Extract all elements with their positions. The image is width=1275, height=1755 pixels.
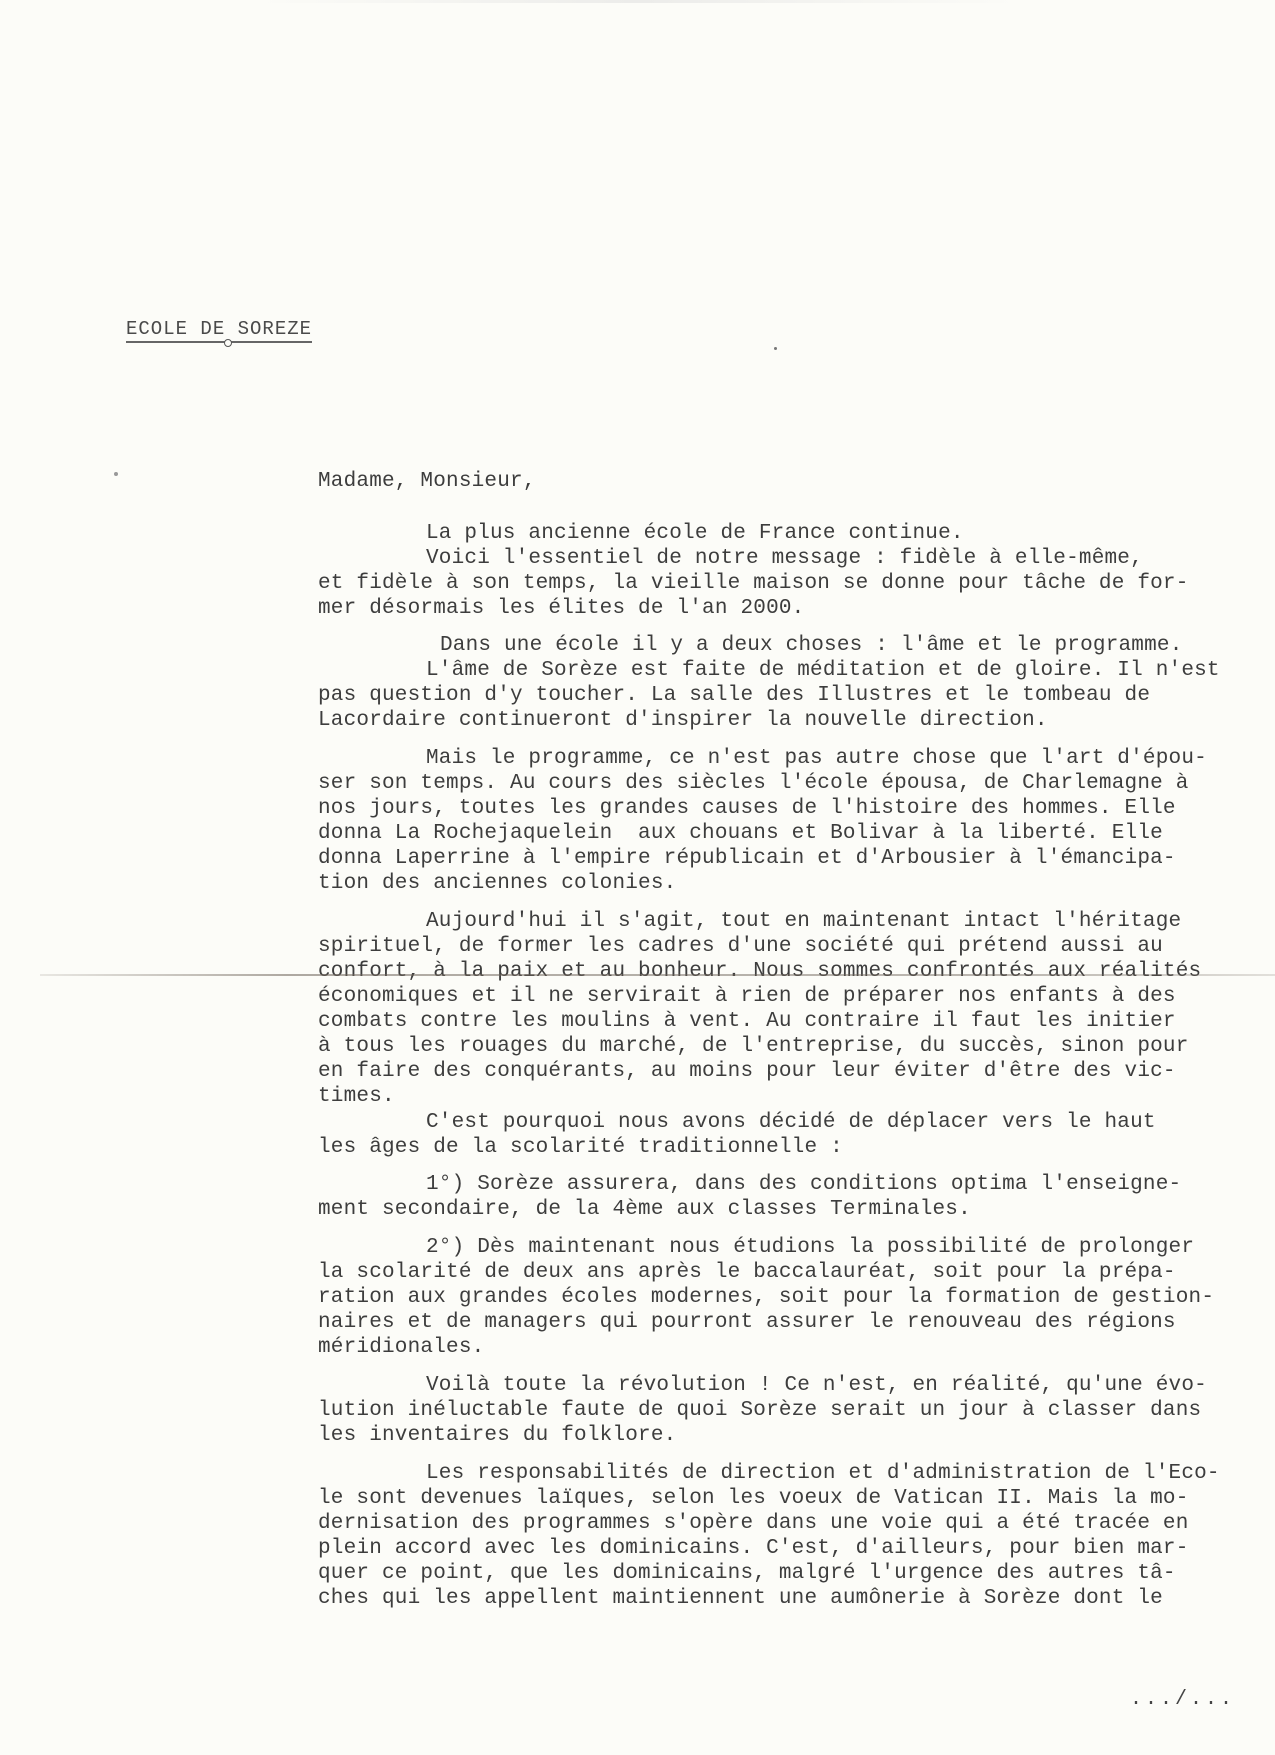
- text-line: à tous les rouages du marché, de l'entre…: [318, 1034, 1189, 1059]
- text-line: donna Laperrine à l'empire républicain e…: [318, 846, 1176, 871]
- paper-speck: [774, 347, 777, 350]
- text-line: lution inéluctable faute de quoi Sorèze …: [318, 1398, 1201, 1423]
- text-line: tion des anciennes colonies.: [318, 871, 676, 896]
- text-line: la scolarité de deux ans après le baccal…: [318, 1260, 1176, 1285]
- text-line: confort, à la paix et au bonheur. Nous s…: [318, 959, 1201, 984]
- text-line: ser son temps. Au cours des siècles l'éc…: [318, 771, 1189, 796]
- text-line: quer ce point, que les dominicains, malg…: [318, 1561, 1176, 1586]
- text-line: les âges de la scolarité traditionnelle …: [318, 1135, 843, 1160]
- text-line: C'est pourquoi nous avons décidé de dépl…: [426, 1110, 1156, 1135]
- text-line: 1°) Sorèze assurera, dans des conditions…: [426, 1172, 1181, 1197]
- text-line: combats contre les moulins à vent. Au co…: [318, 1009, 1176, 1034]
- page-top-edge: [0, 0, 1275, 3]
- text-line: méridionales.: [318, 1335, 484, 1360]
- text-line: Mais le programme, ce n'est pas autre ch…: [426, 746, 1207, 771]
- text-line: Voilà toute la révolution ! Ce n'est, en…: [426, 1373, 1207, 1398]
- text-line: La plus ancienne école de France continu…: [426, 521, 964, 546]
- paper-speck: [114, 472, 118, 476]
- text-line: le sont devenues laïques, selon les voeu…: [318, 1486, 1189, 1511]
- text-line: Dans une école il y a deux choses : l'âm…: [440, 633, 1183, 658]
- paper-fold-crease: [40, 974, 1275, 976]
- text-line: et fidèle à son temps, la vieille maison…: [318, 571, 1189, 596]
- text-line: les inventaires du folklore.: [318, 1423, 676, 1448]
- text-line: nos jours, toutes les grandes causes de …: [318, 796, 1176, 821]
- salutation: Madame, Monsieur,: [318, 469, 536, 494]
- text-line: Les responsabilités de direction et d'ad…: [426, 1461, 1220, 1486]
- letterhead-mark-icon: [224, 339, 232, 347]
- text-line: donna La Rochejaquelein aux chouans et B…: [318, 821, 1163, 846]
- text-line: dernisation des programmes s'opère dans …: [318, 1511, 1189, 1536]
- text-line: plein accord avec les dominicains. C'est…: [318, 1536, 1189, 1561]
- letterhead: ECOLE DE SOREZE: [126, 318, 312, 343]
- text-line: ration aux grandes écoles modernes, soit…: [318, 1285, 1214, 1310]
- text-line: Voici l'essentiel de notre message : fid…: [426, 546, 1143, 571]
- text-line: naires et de managers qui pourront assur…: [318, 1310, 1176, 1335]
- text-line: mer désormais les élites de l'an 2000.: [318, 596, 804, 621]
- text-line: pas question d'y toucher. La salle des I…: [318, 683, 1150, 708]
- text-line: Aujourd'hui il s'agit, tout en maintenan…: [426, 909, 1181, 934]
- text-line: spirituel, de former les cadres d'une so…: [318, 934, 1163, 959]
- text-line: L'âme de Sorèze est faite de méditation …: [426, 658, 1220, 683]
- continuation-mark: .../...: [1130, 1688, 1235, 1711]
- text-line: times.: [318, 1084, 395, 1109]
- text-line: en faire des conquérants, au moins pour …: [318, 1059, 1176, 1084]
- text-line: ment secondaire, de la 4ème aux classes …: [318, 1197, 971, 1222]
- text-line: 2°) Dès maintenant nous étudions la poss…: [426, 1235, 1194, 1260]
- text-line: économiques et il ne servirait à rien de…: [318, 984, 1176, 1009]
- text-line: ches qui les appellent maintiennent une …: [318, 1586, 1163, 1611]
- text-line: Lacordaire continueront d'inspirer la no…: [318, 708, 1048, 733]
